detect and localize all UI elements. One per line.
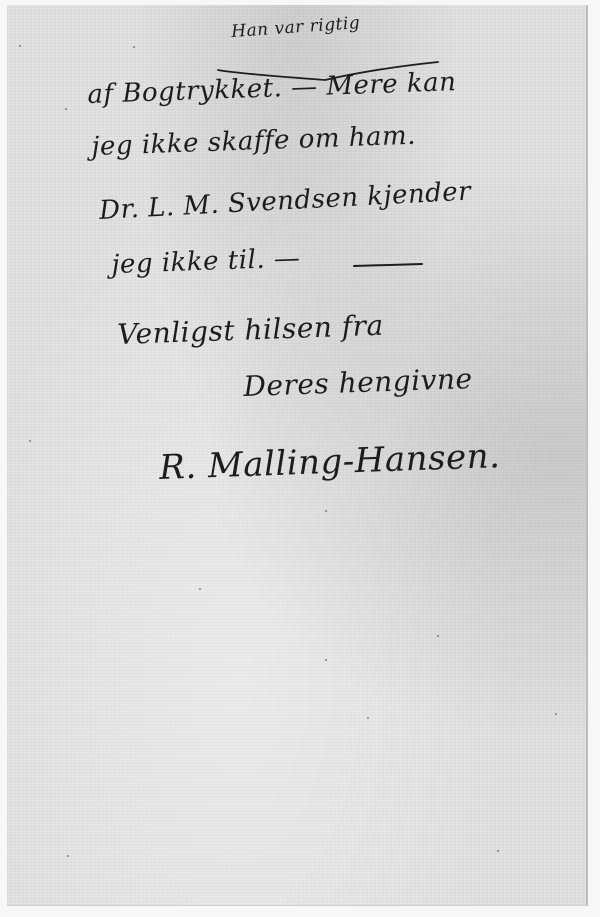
paper-speck bbox=[67, 855, 69, 857]
paper-speck bbox=[65, 108, 67, 110]
paper-speck bbox=[133, 46, 135, 48]
paper-speck bbox=[29, 440, 31, 442]
paper-speck bbox=[437, 635, 439, 637]
paper-speck bbox=[367, 717, 369, 719]
paper-speck bbox=[325, 659, 327, 661]
paper-speck bbox=[555, 713, 557, 715]
paper-speck bbox=[199, 588, 201, 590]
paper-speck bbox=[497, 850, 499, 852]
paper-speck bbox=[19, 45, 21, 47]
paper-speck bbox=[325, 510, 327, 512]
